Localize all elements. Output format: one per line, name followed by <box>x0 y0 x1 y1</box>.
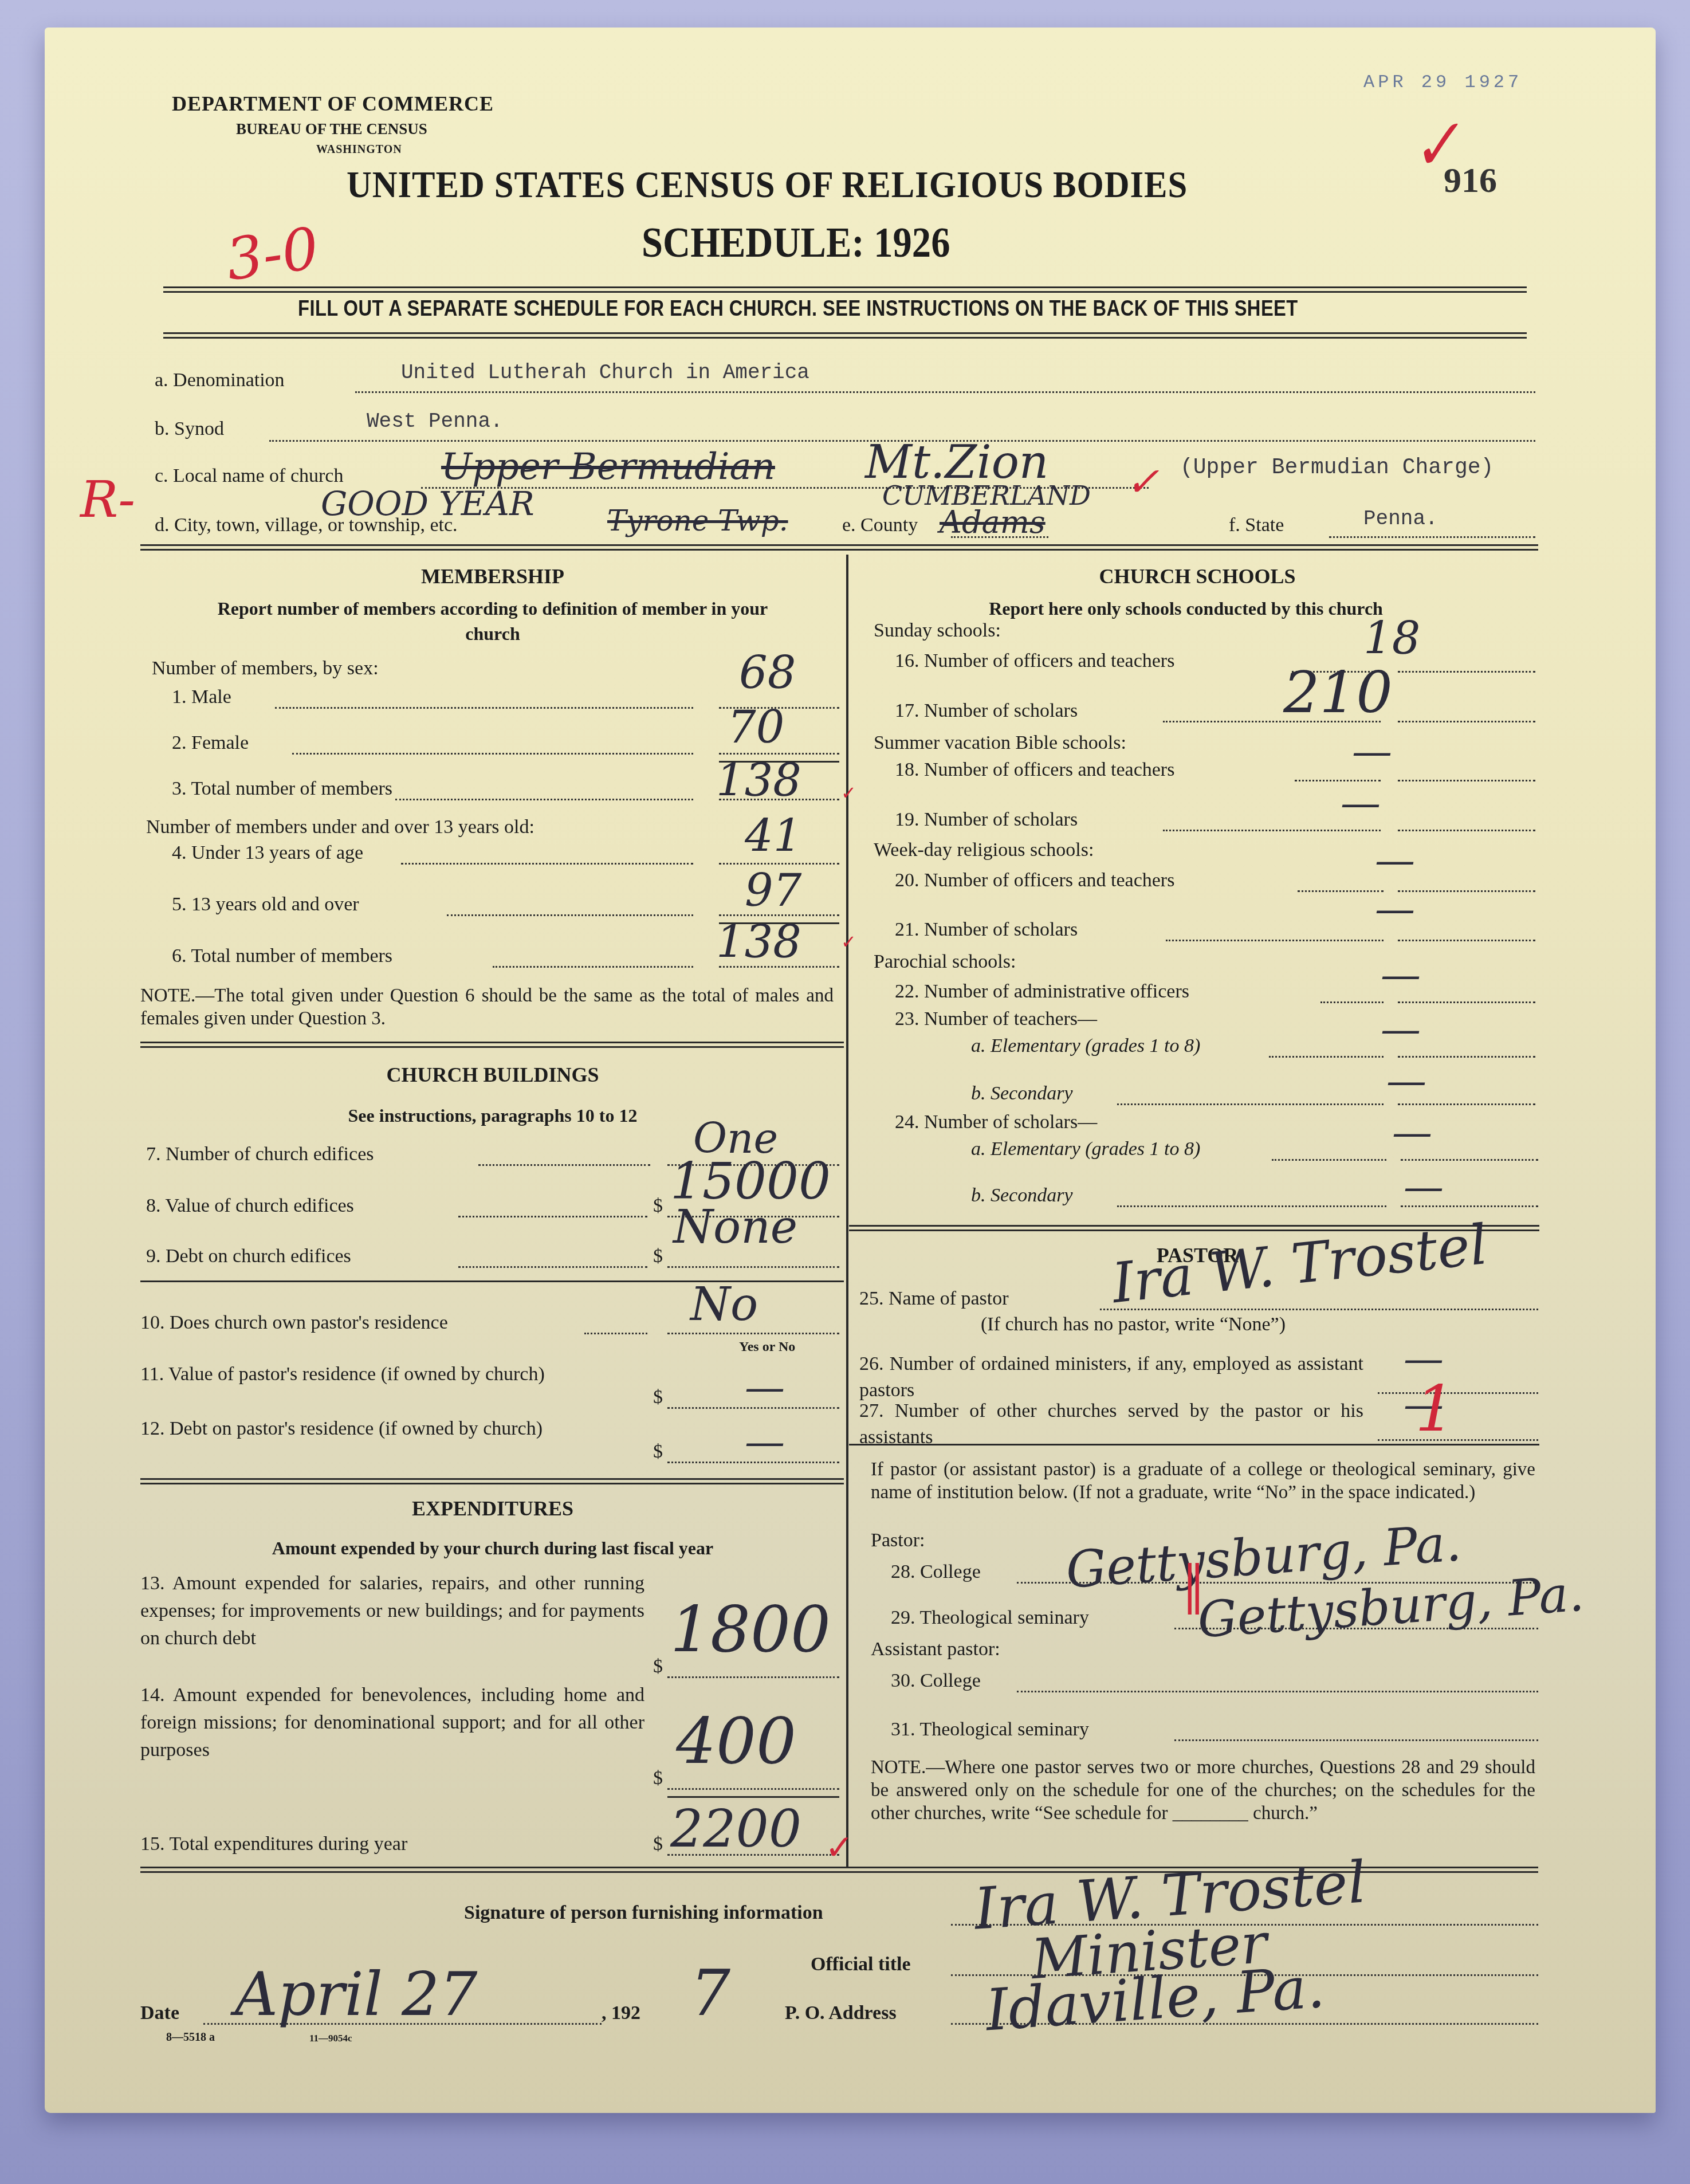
year-prefix: , 192 <box>602 2002 640 2024</box>
residence-value-field[interactable]: — <box>745 1364 785 1411</box>
edifices-debt-leader <box>458 1266 647 1268</box>
teachers-elementary-leader <box>1269 1056 1384 1058</box>
benevolences-sum-rule <box>667 1796 839 1798</box>
denomination-label: a. Denomination <box>155 370 285 391</box>
male-label: 1. Male <box>172 686 231 708</box>
summer-schools-label: Summer vacation Bible schools: <box>874 732 1126 754</box>
dollar-sign: $ <box>653 1441 663 1463</box>
parochial-teachers-label: 23. Number of teachers— <box>895 1008 1097 1030</box>
total-members-label: 3. Total number of members <box>172 778 392 800</box>
running-expenses-line <box>667 1676 839 1678</box>
scholars-secondary-label: b. Secondary <box>971 1185 1073 1207</box>
weekday-scholars-leader <box>1166 940 1384 941</box>
summer-scholars-label: 19. Number of scholars <box>895 809 1078 831</box>
dollar-sign: $ <box>653 1656 663 1678</box>
county-struck: Adams <box>940 504 1046 540</box>
other-churches-red-mark: 1 <box>1415 1372 1455 1445</box>
parochial-admin-label: 22. Number of administrative officers <box>895 981 1189 1003</box>
by-sex-label: Number of members, by sex: <box>152 658 379 679</box>
pastor-mid-rule <box>849 1444 1539 1445</box>
assistant-subsection-label: Assistant pastor: <box>871 1639 1000 1660</box>
scholars-elementary-line <box>1401 1159 1538 1161</box>
synod-field[interactable]: West Penna. <box>367 410 503 433</box>
other-churches-line <box>1378 1439 1538 1441</box>
over-13-leader <box>447 914 693 916</box>
sunday-schools-label: Sunday schools: <box>874 620 1001 642</box>
pastor-subsection-label: Pastor: <box>871 1530 925 1551</box>
expenditures-heading: EXPENDITURES <box>140 1496 845 1521</box>
teachers-elementary-label: a. Elementary (grades 1 to 8) <box>971 1035 1200 1057</box>
total-check-icon: ✓ <box>841 782 856 804</box>
county-check-icon: ✓ <box>1126 458 1160 505</box>
owns-residence-leader <box>584 1333 647 1334</box>
department-name: DEPARTMENT OF COMMERCE <box>172 92 494 116</box>
benevolences-field[interactable]: 400 <box>676 1704 796 1778</box>
dollar-sign: $ <box>653 1767 663 1789</box>
teachers-secondary-label: b. Secondary <box>971 1083 1073 1105</box>
other-churches-label: 27. Number of other churches served by t… <box>859 1398 1363 1451</box>
asst-college-line <box>1017 1691 1538 1692</box>
red-code-mark: 3-0 <box>222 214 323 293</box>
total-expenditures-check-icon: ✓ <box>825 1828 854 1868</box>
total-members-2-field[interactable]: 138 <box>716 917 801 968</box>
red-margin-mark: R- <box>80 470 135 529</box>
edifices-value-leader <box>458 1216 647 1217</box>
form-subtitle: SCHEDULE: 1926 <box>642 219 950 268</box>
header-rule-top <box>163 286 1527 293</box>
edifices-debt-label: 9. Debt on church edifices <box>146 1246 351 1267</box>
denomination-field[interactable]: United Lutherah Church in America <box>401 361 809 384</box>
residence-debt-label: 12. Debt on pastor's residence (if owned… <box>140 1415 644 1443</box>
owns-residence-field[interactable]: No <box>690 1278 758 1331</box>
scholars-secondary-field[interactable]: — <box>1404 1163 1444 1210</box>
edifices-debt-field[interactable]: None <box>673 1200 797 1254</box>
weekday-schools-label: Week-day religious schools: <box>874 839 1094 861</box>
township-struck: Tyrone Twp. <box>607 504 788 537</box>
dollar-sign: $ <box>653 1246 663 1267</box>
official-title-label: Official title <box>811 1954 911 1975</box>
sunday-officers-label: 16. Number of officers and teachers <box>895 650 1174 672</box>
sunday-officers-line <box>1398 671 1535 673</box>
sunday-scholars-label: 17. Number of scholars <box>895 700 1078 722</box>
parochial-schools-label: Parochial schools: <box>874 951 1016 973</box>
pastor-name-label: 25. Name of pastor <box>859 1288 1009 1310</box>
total-expenditures-label: 15. Total expenditures during year <box>140 1833 407 1855</box>
college-label: 28. College <box>891 1561 981 1583</box>
weekday-scholars-label: 21. Number of scholars <box>895 919 1078 941</box>
residence-debt-field[interactable]: — <box>745 1418 785 1465</box>
membership-rule <box>140 1042 844 1048</box>
graduate-instructions: If pastor (or assistant pastor) is a gra… <box>871 1458 1535 1504</box>
denomination-line <box>355 391 1535 393</box>
county-label: e. County <box>842 514 918 536</box>
date-label: Date <box>140 2002 179 2024</box>
red-double-stroke-mark: ‖ <box>1183 1547 1204 1633</box>
scholars-secondary-leader <box>1117 1205 1386 1207</box>
dollar-sign: $ <box>653 1195 663 1217</box>
date-field[interactable]: April 27 <box>235 1959 477 2029</box>
total-members-field[interactable]: 138 <box>716 755 801 807</box>
under-13-field[interactable]: 41 <box>745 811 801 862</box>
sunday-scholars-line <box>1398 721 1535 722</box>
residence-value-label: 11. Value of pastor's residence (if owne… <box>140 1361 644 1388</box>
owns-residence-line <box>667 1333 839 1334</box>
header-rule-bottom <box>163 332 1527 339</box>
summer-scholars-leader <box>1163 830 1381 831</box>
membership-subheading: Report number of members according to de… <box>189 596 796 646</box>
expenditures-subheading: Amount expended by your church during la… <box>140 1535 845 1561</box>
benevolences-label: 14. Amount expended for benevolences, in… <box>140 1682 644 1764</box>
summer-officers-line <box>1398 780 1535 781</box>
female-count-field[interactable]: 70 <box>728 702 784 753</box>
summer-officers-field[interactable]: — <box>1352 728 1392 775</box>
form-title: UNITED STATES CENSUS OF RELIGIOUS BODIES <box>347 163 1188 207</box>
weekday-officers-leader <box>1298 890 1384 892</box>
edifices-debt-line <box>667 1266 839 1268</box>
charge-note: (Upper Bermudian Charge) <box>1180 455 1494 480</box>
over-13-label: 5. 13 years old and over <box>172 894 359 916</box>
city-field[interactable]: GOOD YEAR <box>321 484 534 523</box>
weekday-officers-line <box>1398 890 1535 892</box>
local-name-struck: Upper Bermudian <box>441 446 775 488</box>
under-13-label: 4. Under 13 years of age <box>172 842 363 864</box>
local-name-label: c. Local name of church <box>155 465 343 487</box>
form-code: 8—5518 a <box>166 2031 215 2044</box>
assistant-pastors-label: 26. Number of ordained ministers, if any… <box>859 1351 1363 1404</box>
total-members-2-leader <box>493 966 693 968</box>
membership-heading: MEMBERSHIP <box>140 564 845 588</box>
bureau-name: BUREAU OF THE CENSUS <box>236 120 427 138</box>
scholars-elementary-label: a. Elementary (grades 1 to 8) <box>971 1138 1200 1160</box>
buildings-heading: CHURCH BUILDINGS <box>140 1063 845 1087</box>
parochial-admin-line <box>1398 1001 1535 1003</box>
under-13-leader <box>401 863 693 865</box>
assistant-pastors-line <box>1378 1392 1538 1394</box>
summer-officers-label: 18. Number of officers and teachers <box>895 759 1174 781</box>
print-code: 11—9054c <box>309 2033 352 2044</box>
buildings-rule <box>140 1478 844 1484</box>
yes-no-hint: Yes or No <box>739 1340 795 1355</box>
signature-label: Signature of person furnishing informati… <box>464 1902 823 1924</box>
asst-seminary-line <box>1174 1739 1538 1741</box>
seminary-label: 29. Theological seminary <box>891 1607 1089 1629</box>
year-field[interactable]: 7 <box>690 1957 730 2030</box>
teachers-elementary-field[interactable]: — <box>1381 1005 1421 1052</box>
running-expenses-field[interactable]: 1800 <box>670 1593 831 1666</box>
pastor-note: NOTE.—Where one pastor serves two or mor… <box>871 1756 1535 1825</box>
weekday-scholars-line <box>1398 940 1535 941</box>
asst-college-label: 30. College <box>891 1670 981 1692</box>
total-2-check-icon: ✓ <box>841 931 856 953</box>
city-name: WASHINGTON <box>316 143 402 156</box>
age-groups-label: Number of members under and over 13 year… <box>146 816 534 838</box>
asst-seminary-label: 31. Theological seminary <box>891 1719 1089 1741</box>
teachers-secondary-field[interactable]: — <box>1386 1057 1426 1104</box>
instruction-line: FILL OUT A SEPARATE SCHEDULE FOR EACH CH… <box>298 297 1298 321</box>
running-expenses-label: 13. Amount expended for salaries, repair… <box>140 1570 644 1652</box>
summer-scholars-line <box>1398 830 1535 831</box>
po-address-label: P. O. Address <box>785 2002 897 2024</box>
total-members-leader <box>395 799 693 800</box>
teachers-secondary-leader <box>1117 1103 1384 1105</box>
sunday-scholars-field[interactable]: 210 <box>1283 659 1393 726</box>
over-13-field[interactable]: 97 <box>745 865 801 917</box>
total-expenditures-field[interactable]: 2200 <box>670 1799 801 1859</box>
owns-residence-label: 10. Does church own pastor's residence <box>140 1312 448 1334</box>
scholars-elementary-leader <box>1272 1159 1386 1161</box>
identification-rule <box>140 544 1538 551</box>
edifices-value-label: 8. Value of church edifices <box>146 1195 354 1217</box>
weekday-officers-label: 20. Number of officers and teachers <box>895 870 1174 891</box>
edifices-count-leader <box>478 1164 650 1166</box>
female-label: 2. Female <box>172 732 249 754</box>
received-date-stamp: APR 29 1927 <box>1363 72 1522 93</box>
membership-note: NOTE.—The total given under Question 6 s… <box>140 984 834 1030</box>
dollar-sign: $ <box>653 1386 663 1408</box>
edifices-count-label: 7. Number of church edifices <box>146 1144 374 1165</box>
parochial-admin-field[interactable]: — <box>1381 951 1421 998</box>
state-line <box>1329 536 1535 538</box>
weekday-scholars-field[interactable]: — <box>1375 885 1415 932</box>
male-count-field[interactable]: 68 <box>739 647 796 699</box>
weekday-officers-field[interactable]: — <box>1375 836 1415 883</box>
schools-heading: CHURCH SCHOOLS <box>854 564 1541 588</box>
state-label: f. State <box>1229 514 1284 536</box>
male-leader <box>275 707 693 709</box>
sunday-officers-field[interactable]: 18 <box>1363 613 1420 665</box>
parochial-admin-leader <box>1320 1001 1384 1003</box>
female-leader <box>292 753 693 755</box>
state-field[interactable]: Penna. <box>1363 507 1438 531</box>
dollar-sign: $ <box>653 1833 663 1855</box>
synod-label: b. Synod <box>155 418 224 440</box>
total-members-2-label: 6. Total number of members <box>172 945 392 967</box>
scholars-elementary-field[interactable]: — <box>1392 1109 1432 1156</box>
summer-scholars-field[interactable]: — <box>1341 779 1381 826</box>
benevolences-line <box>667 1788 839 1790</box>
under-13-line <box>719 863 839 865</box>
parochial-scholars-label: 24. Number of scholars— <box>895 1111 1097 1133</box>
pastor-name-hint: (If church has no pastor, write “None”) <box>981 1314 1286 1335</box>
column-divider <box>846 555 848 1867</box>
